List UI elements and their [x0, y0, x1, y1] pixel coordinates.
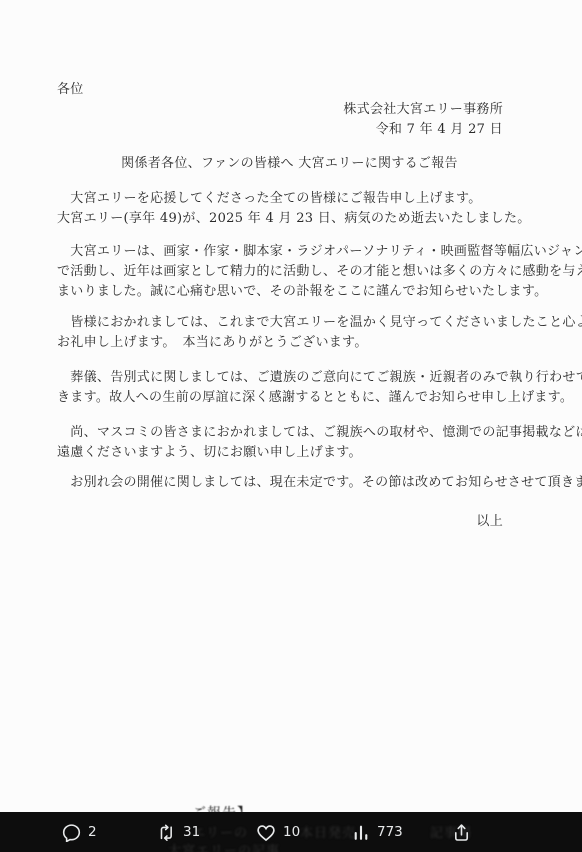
heart-icon	[256, 823, 276, 842]
reply-bubble-icon	[62, 823, 81, 842]
letter-closing: 以上	[57, 512, 522, 532]
views-bars-icon	[352, 823, 370, 842]
image-viewer-screen: 各位 株式会社大宮エリー事務所 令和 7 年 4 月 27 日 関係者各位、ファ…	[0, 0, 582, 852]
letter-line: まいりました。誠に心痛む思いで、その訃報をここに謹んでお知らせいたします。	[57, 282, 522, 302]
letter-line: 皆様におかれましては、これまで大宮エリーを温かく見守ってくださいましたこと心より	[57, 313, 522, 333]
letter-date: 令和 7 年 4 月 27 日	[57, 120, 522, 140]
letter-paragraph: 大宮エリーを応援してくださった全ての皆様にご報告申し上げます。 大宮エリー(享年…	[57, 189, 522, 229]
obscured-tweet-text: エリーの	[192, 822, 248, 841]
letter-paragraph: 大宮エリーは、画家・作家・脚本家・ラジオパーソナリティ・映画監督等幅広いジャンル…	[57, 242, 522, 302]
letter-salutation: 各位	[57, 80, 522, 100]
like-button[interactable]: 10	[256, 812, 300, 852]
share-button[interactable]	[452, 812, 471, 852]
reply-button[interactable]: 2	[62, 812, 97, 852]
repost-arrows-icon	[156, 823, 176, 842]
reply-count: 2	[88, 824, 97, 840]
like-count: 10	[283, 824, 300, 840]
obscured-tweet-text: 本日発売	[300, 822, 356, 841]
letter-line: 大宮エリーを応援してくださった全ての皆様にご報告申し上げます。	[57, 189, 522, 209]
letter-line: 尚、マスコミの皆さまにおかれましては、ご親族への取材や、憶測での記事掲載などはご	[57, 423, 522, 443]
views-button[interactable]: 773	[352, 812, 403, 852]
letter-line: お礼申し上げます。 本当にありがとうございます。	[57, 333, 522, 353]
letter-line: お別れ会の開催に関しましては、現在未定です。その節は改めてお知らせさせて頂きます…	[57, 473, 522, 493]
repost-button[interactable]: 31	[156, 812, 200, 852]
letter-line: 大宮エリーは、画家・作家・脚本家・ラジオパーソナリティ・映画監督等幅広いジャンル	[57, 242, 522, 262]
views-count: 773	[377, 824, 403, 840]
letter-line: きます。故人への生前の厚誼に深く感謝するとともに、謹んでお知らせ申し上げます。	[57, 388, 522, 408]
letter-sender: 株式会社大宮エリー事務所	[57, 100, 522, 120]
letter-title: 関係者各位、ファンの皆様へ 大宮エリーに関するご報告	[57, 154, 522, 174]
letter-paragraph: 葬儀、告別式に関しましては、ご遺族のご意向にてご親族・近親者のみで執り行わせて頂…	[57, 368, 522, 408]
letter-paragraph: 皆様におかれましては、これまで大宮エリーを温かく見守ってくださいましたこと心より…	[57, 313, 522, 353]
letter-line: 葬儀、告別式に関しましては、ご遺族のご意向にてご親族・近親者のみで執り行わせて頂	[57, 368, 522, 388]
letter-paragraph: お別れ会の開催に関しましては、現在未定です。その節は改めてお知らせさせて頂きます…	[57, 473, 522, 493]
letter-line: で活動し、近年は画家として精力的に活動し、その才能と想いは多くの方々に感動を与え…	[57, 262, 522, 282]
share-upload-icon	[452, 823, 471, 842]
tweet-action-bar: エリーの 本日発売 記事掲 大宮エリーの記事 2 31	[0, 812, 582, 852]
repost-count: 31	[183, 824, 200, 840]
letter-line: 大宮エリー(享年 49)が、2025 年 4 月 23 日、病気のため逝去いたし…	[57, 209, 522, 229]
letter-line: 遠慮くださいますよう、切にお願い申し上げます。	[57, 443, 522, 463]
letter-paragraph: 尚、マスコミの皆さまにおかれましては、ご親族への取材や、憶測での記事掲載などはご…	[57, 423, 522, 463]
letter-document: 各位 株式会社大宮エリー事務所 令和 7 年 4 月 27 日 関係者各位、ファ…	[0, 0, 582, 532]
